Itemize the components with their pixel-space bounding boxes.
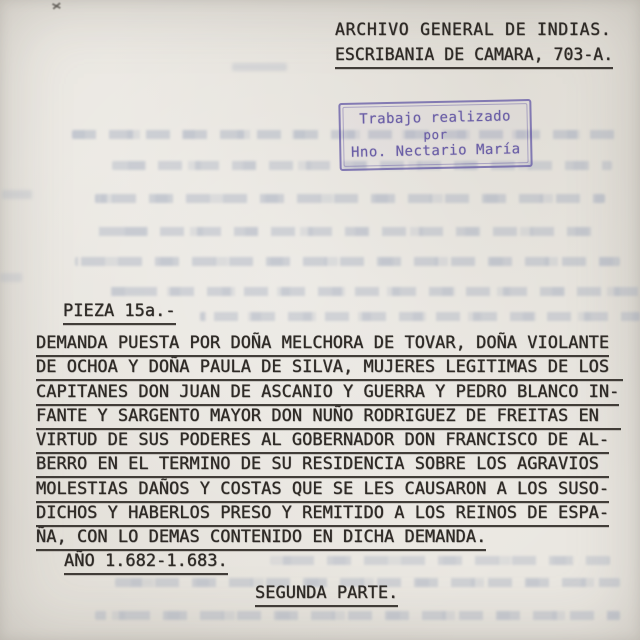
stamp-line-1: Trabajo realizado xyxy=(359,108,511,128)
body-line: DE OCHOA Y DOÑA PAULA DE SILVA, MUJERES … xyxy=(36,359,623,381)
archive-title: ARCHIVO GENERAL DE INDIAS. xyxy=(335,22,611,39)
stamp-inner-border: Trabajo realizado por Hno. Nectario Marí… xyxy=(342,103,528,167)
body-line: MOLESTIAS DAÑOS Y COSTAS QUE SE LES CAUS… xyxy=(36,481,609,503)
archive-reference: ESCRIBANIA DE CAMARA, 703-A. xyxy=(335,47,613,69)
body-line: DEMANDA PUESTA POR DOÑA MELCHORA DE TOVA… xyxy=(36,335,609,357)
part-title: SEGUNDA PARTE. xyxy=(255,585,398,607)
bleedthrough-line xyxy=(75,257,620,266)
body-line: CAPITANES DON JUAN DE ASCANIO Y GUERRA Y… xyxy=(36,384,619,406)
body-line: BERRO EN EL TERMINO DE SU RESIDENCIA SOB… xyxy=(36,456,609,478)
approval-stamp: Trabajo realizado por Hno. Nectario Marí… xyxy=(338,99,532,171)
pen-mark xyxy=(52,2,61,9)
year-line: AÑO 1.682-1.683. xyxy=(64,553,228,575)
bleedthrough-line xyxy=(95,194,605,203)
bleedthrough-line xyxy=(95,611,620,620)
body-line: VIRTUD DE SUS PODERES AL GOBERNADOR DON … xyxy=(36,432,609,454)
page-number-bleed xyxy=(232,63,287,71)
margin-mark-bleed xyxy=(0,273,22,282)
stamp-line-2: por xyxy=(423,128,447,143)
margin-mark-bleed xyxy=(2,190,32,199)
piece-title: PIEZA 15a.- xyxy=(63,303,176,325)
body-line: ÑA, CON LO DEMAS CONTENIDO EN DICHA DEMA… xyxy=(36,529,486,551)
bleedthrough-line xyxy=(95,227,600,236)
body-line: DICHOS Y HABERLOS PRESO Y REMITIDO A LOS… xyxy=(36,505,609,527)
scanned-document-page: ARCHIVO GENERAL DE INDIAS. ESCRIBANIA DE… xyxy=(0,0,640,640)
bleedthrough-line xyxy=(270,556,610,565)
body-line: FANTE Y SARGENTO MAYOR DON NUÑO RODRIGUE… xyxy=(36,408,621,430)
bleedthrough-line xyxy=(200,312,640,321)
bleedthrough-line xyxy=(100,287,640,296)
case-description: DEMANDA PUESTA POR DOÑA MELCHORA DE TOVA… xyxy=(36,331,623,550)
stamp-line-3: Hno. Nectario María xyxy=(351,141,521,162)
